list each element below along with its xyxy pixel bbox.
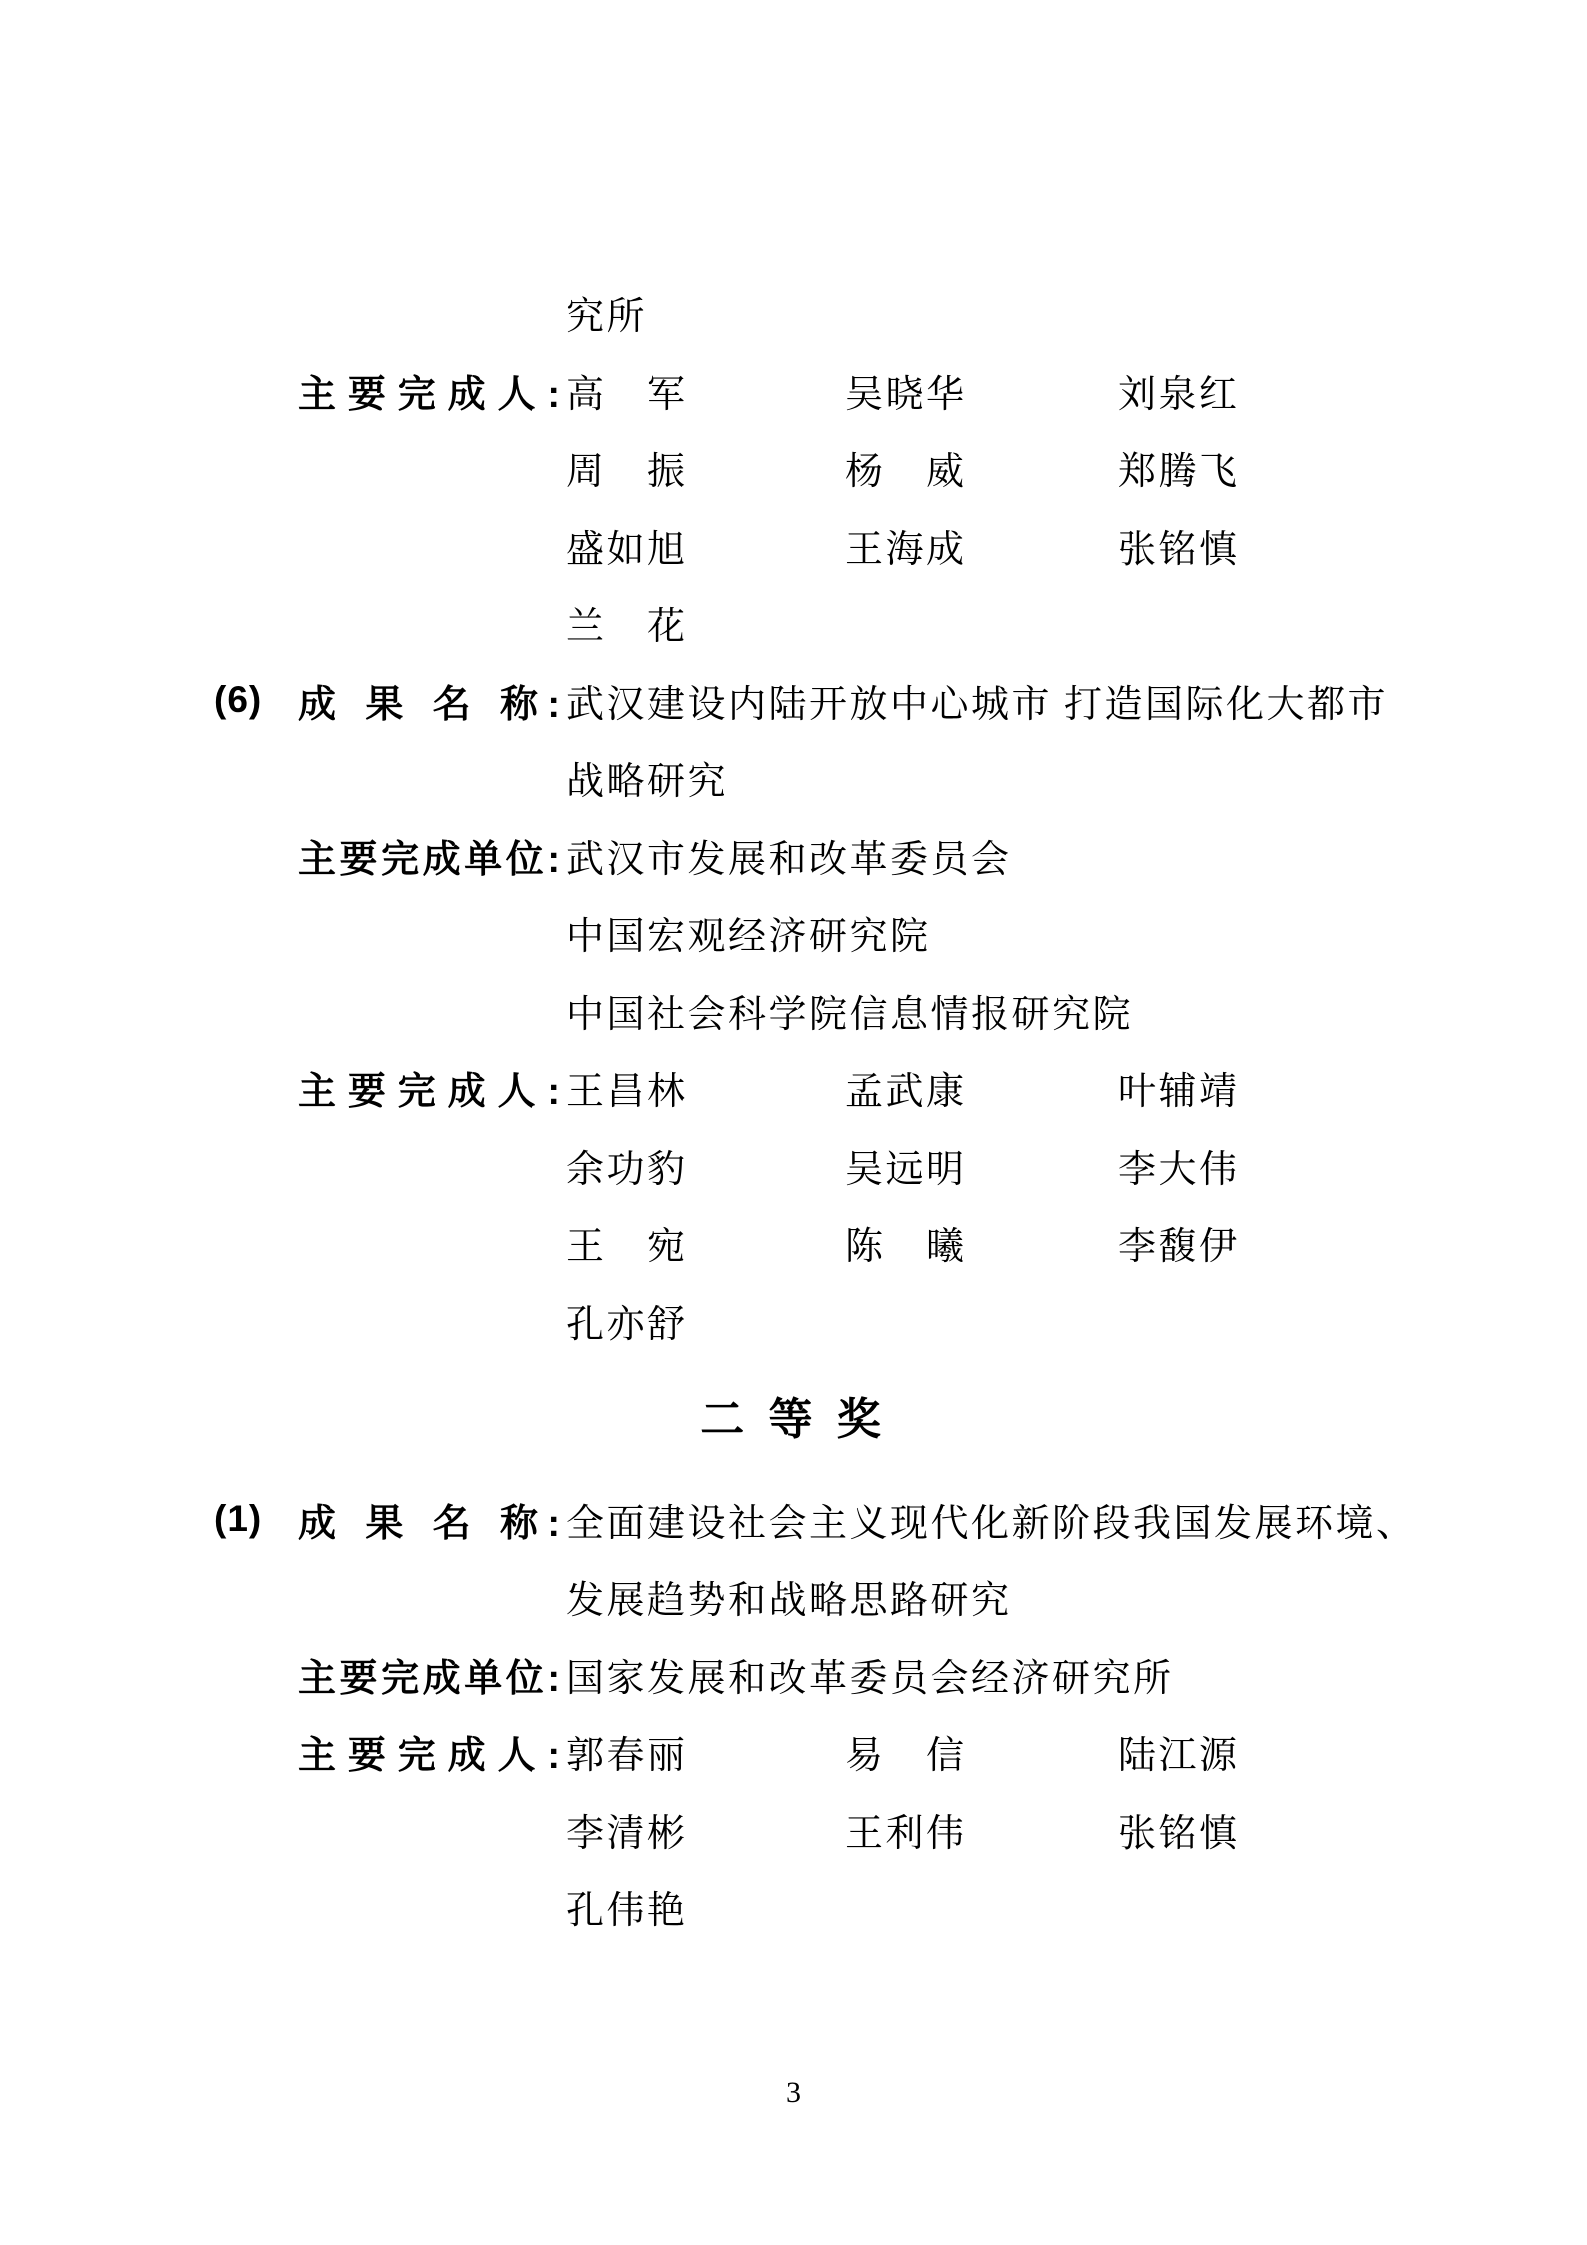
result-name-line: (1) 成 果 名 称: 全面建设社会主义现代化新阶段我国发展环境、 xyxy=(0,1481,1587,1559)
main-people-label: 主要完成人: xyxy=(298,1724,560,1779)
unit-name: 中国宏观经济研究院 xyxy=(566,905,931,960)
unit-name-continuation: 究所 xyxy=(566,285,647,340)
person-name: 郭春丽 xyxy=(566,1724,845,1779)
person-name: 孔伟艳 xyxy=(566,1879,845,1934)
result-name-text: 全面建设社会主义现代化新阶段我国发展环境、 xyxy=(566,1492,1417,1547)
section-heading-row: 二 等 奖 xyxy=(0,1381,1587,1459)
result-name-line: (6) 成 果 名 称: 武汉建设内陆开放中心城市 打造国际化大都市 xyxy=(0,662,1587,740)
people-row: 主要完成人: 王昌林 孟武康 叶辅靖 xyxy=(0,1049,1587,1127)
unit-name: 武汉市发展和改革委员会 xyxy=(566,828,1012,883)
person-name: 刘泉红 xyxy=(1118,363,1587,418)
main-people-label: 主要完成人: xyxy=(298,363,560,418)
people-row: 主要完成人: 郭春丽 易 信 陆江源 xyxy=(0,1713,1587,1791)
people-row: 王 宛 陈 曦 李馥伊 xyxy=(0,1204,1587,1282)
person-name: 吴远明 xyxy=(845,1138,1118,1193)
item-number: (1) xyxy=(214,1498,298,1540)
person-name: 余功豹 xyxy=(566,1138,845,1193)
result-name-line: 发展趋势和战略思路研究 xyxy=(0,1558,1587,1636)
person-name: 张铭慎 xyxy=(1118,518,1587,573)
person-name: 李大伟 xyxy=(1118,1138,1587,1193)
person-name: 易 信 xyxy=(845,1724,1118,1779)
people-row: 孔亦舒 xyxy=(0,1282,1587,1360)
result-name-line: 战略研究 xyxy=(0,739,1587,817)
person-name: 王利伟 xyxy=(845,1802,1118,1857)
result-name-label: 成 果 名 称: xyxy=(298,673,560,728)
person-name: 张铭慎 xyxy=(1118,1802,1587,1857)
person-name: 周 振 xyxy=(566,440,845,495)
person-name: 王海成 xyxy=(845,518,1118,573)
person-name: 叶辅靖 xyxy=(1118,1060,1587,1115)
main-units-label: 主要完成单位: xyxy=(298,828,560,883)
person-name: 孔亦舒 xyxy=(566,1293,845,1348)
result-name-text: 战略研究 xyxy=(566,750,728,805)
person-name: 吴晓华 xyxy=(845,363,1118,418)
person-name: 王 宛 xyxy=(566,1215,845,1270)
unit-line: 主要完成单位: 武汉市发展和改革委员会 xyxy=(0,817,1587,895)
people-row: 孔伟艳 xyxy=(0,1868,1587,1946)
person-name: 陈 曦 xyxy=(845,1215,1118,1270)
person-name: 李馥伊 xyxy=(1118,1215,1587,1270)
document-page: 究所 主要完成人: 高 军 吴晓华 刘泉红 周 振 杨 威 郑腾飞 盛如旭 王海… xyxy=(0,0,1587,2245)
result-name-text: 武汉建设内陆开放中心城市 打造国际化大都市 xyxy=(566,673,1388,728)
unit-line: 中国宏观经济研究院 xyxy=(0,894,1587,972)
second-prize-heading: 二 等 奖 xyxy=(700,1381,886,1459)
unit-name: 国家发展和改革委员会经济研究所 xyxy=(566,1647,1174,1702)
page-number: 3 xyxy=(0,2076,1587,2110)
people-row: 余功豹 吴远明 李大伟 xyxy=(0,1127,1587,1205)
person-name: 高 军 xyxy=(566,363,845,418)
people-row: 兰 花 xyxy=(0,584,1587,662)
person-name: 郑腾飞 xyxy=(1118,440,1587,495)
main-units-label: 主要完成单位: xyxy=(298,1647,560,1702)
result-name-text: 发展趋势和战略思路研究 xyxy=(566,1569,1012,1624)
people-row: 周 振 杨 威 郑腾飞 xyxy=(0,429,1587,507)
people-row: 主要完成人: 高 军 吴晓华 刘泉红 xyxy=(0,352,1587,430)
person-name: 王昌林 xyxy=(566,1060,845,1115)
main-people-label: 主要完成人: xyxy=(298,1060,560,1115)
unit-line: 主要完成单位: 国家发展和改革委员会经济研究所 xyxy=(0,1636,1587,1714)
person-name: 杨 威 xyxy=(845,440,1118,495)
people-row: 李清彬 王利伟 张铭慎 xyxy=(0,1791,1587,1869)
continuation-line: 究所 xyxy=(0,274,1587,352)
person-name: 盛如旭 xyxy=(566,518,845,573)
people-row: 盛如旭 王海成 张铭慎 xyxy=(0,507,1587,585)
unit-name: 中国社会科学院信息情报研究院 xyxy=(566,983,1133,1038)
item-number: (6) xyxy=(214,679,298,721)
person-name: 李清彬 xyxy=(566,1802,845,1857)
person-name: 孟武康 xyxy=(845,1060,1118,1115)
person-name: 兰 花 xyxy=(566,595,845,650)
person-name: 陆江源 xyxy=(1118,1724,1587,1779)
unit-line: 中国社会科学院信息情报研究院 xyxy=(0,972,1587,1050)
result-name-label: 成 果 名 称: xyxy=(298,1492,560,1547)
